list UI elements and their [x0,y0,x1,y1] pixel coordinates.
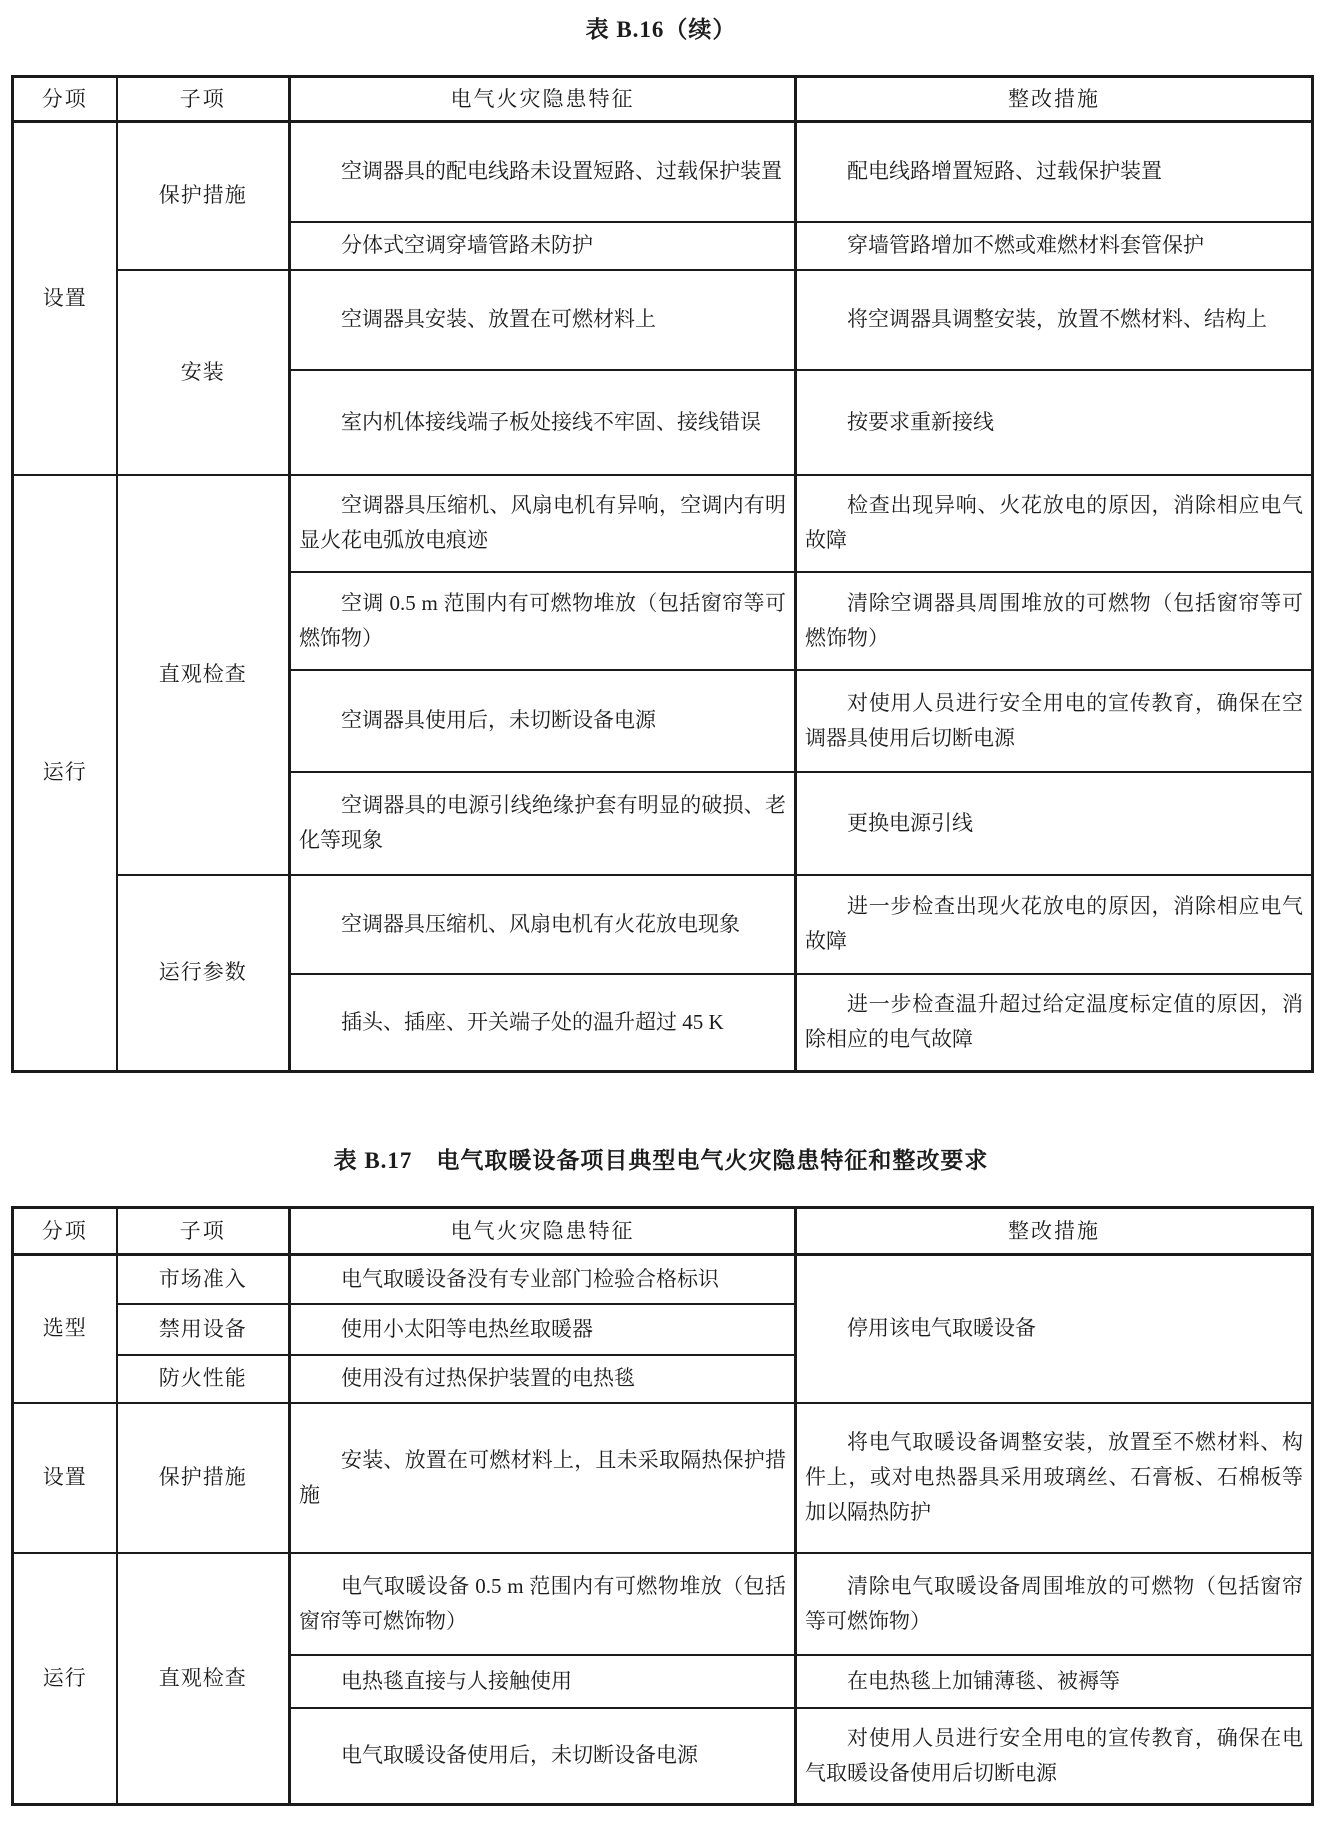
action-cell: 进一步检查出现火花放电的原因，消除相应电气故障 [796,875,1313,974]
subgroup-cell: 保护措施 [117,1403,290,1553]
hazard-cell: 插头、插座、开关端子处的温升超过 45 K [290,974,796,1072]
subgroup-cell: 禁用设备 [117,1304,290,1355]
action-cell: 将空调器具调整安装，放置不燃材料、结构上 [796,270,1313,370]
hazard-cell: 空调器具的配电线路未设置短路、过载保护装置 [290,122,796,222]
header-cell: 子项 [117,1208,290,1255]
action-cell: 停用该电气取暖设备 [796,1255,1313,1403]
action-cell: 清除电气取暖设备周围堆放的可燃物（包括窗帘等可燃饰物） [796,1553,1313,1655]
table-b17-title: 表 B.17 电气取暖设备项目典型电气火灾隐患特征和整改要求 [11,1145,1311,1177]
hazard-cell: 电气取暖设备 0.5 m 范围内有可燃物堆放（包括窗帘等可燃饰物） [290,1553,796,1655]
subgroup-cell: 直观检查 [117,1553,290,1805]
action-cell: 配电线路增置短路、过载保护装置 [796,122,1313,222]
hazard-cell: 安装、放置在可燃材料上，且未采取隔热保护措施 [290,1403,796,1553]
hazard-cell: 分体式空调穿墙管路未防护 [290,222,796,270]
header-cell: 整改措施 [796,77,1313,122]
hazard-cell: 电热毯直接与人接触使用 [290,1655,796,1708]
hazard-cell: 空调器具安装、放置在可燃材料上 [290,270,796,370]
hazard-cell: 空调 0.5 m 范围内有可燃物堆放（包括窗帘等可燃饰物） [290,572,796,670]
hazard-cell: 电气取暖设备使用后，未切断设备电源 [290,1708,796,1805]
group-cell: 运行 [13,1553,117,1805]
table-row: 设置 保护措施 安装、放置在可燃材料上，且未采取隔热保护措施 将电气取暖设备调整… [13,1403,1313,1553]
action-cell: 检查出现异响、火花放电的原因，消除相应电气故障 [796,475,1313,572]
action-cell: 进一步检查温升超过给定温度标定值的原因，消除相应的电气故障 [796,974,1313,1072]
subgroup-cell: 直观检查 [117,475,290,875]
action-cell: 穿墙管路增加不燃或难燃材料套管保护 [796,222,1313,270]
header-cell: 整改措施 [796,1208,1313,1255]
header-cell: 电气火灾隐患特征 [290,77,796,122]
group-cell: 选型 [13,1255,117,1403]
table-b16-title: 表 B.16（续） [11,14,1311,46]
hazard-cell: 空调器具使用后，未切断设备电源 [290,670,796,772]
group-cell: 运行 [13,475,117,1072]
hazard-cell: 使用小太阳等电热丝取暖器 [290,1304,796,1355]
action-cell: 对使用人员进行安全用电的宣传教育，确保在空调器具使用后切断电源 [796,670,1313,772]
table-row: 运行参数 空调器具压缩机、风扇电机有火花放电现象 进一步检查出现火花放电的原因，… [13,875,1313,974]
table-row: 安装 空调器具安装、放置在可燃材料上 将空调器具调整安装，放置不燃材料、结构上 [13,270,1313,370]
table-b17: 分项 子项 电气火灾隐患特征 整改措施 选型 市场准入 电气取暖设备没有专业部门… [11,1206,1314,1806]
action-cell: 更换电源引线 [796,772,1313,875]
table-row: 分项 子项 电气火灾隐患特征 整改措施 [13,1208,1313,1255]
document-page: 表 B.16（续） 分项 子项 电气火灾隐患特征 整改措施 设置 保护措施 空调… [0,0,1322,1829]
hazard-cell: 空调器具的电源引线绝缘护套有明显的破损、老化等现象 [290,772,796,875]
hazard-cell: 室内机体接线端子板处接线不牢固、接线错误 [290,370,796,475]
group-cell: 设置 [13,1403,117,1553]
table-row: 分项 子项 电气火灾隐患特征 整改措施 [13,77,1313,122]
subgroup-cell: 防火性能 [117,1355,290,1403]
subgroup-cell: 市场准入 [117,1255,290,1304]
subgroup-cell: 运行参数 [117,875,290,1072]
hazard-cell: 空调器具压缩机、风扇电机有火花放电现象 [290,875,796,974]
table-row: 运行 直观检查 电气取暖设备 0.5 m 范围内有可燃物堆放（包括窗帘等可燃饰物… [13,1553,1313,1655]
group-cell: 设置 [13,122,117,475]
table-row: 设置 保护措施 空调器具的配电线路未设置短路、过载保护装置 配电线路增置短路、过… [13,122,1313,222]
hazard-cell: 使用没有过热保护装置的电热毯 [290,1355,796,1403]
hazard-cell: 空调器具压缩机、风扇电机有异响，空调内有明显火花电弧放电痕迹 [290,475,796,572]
table-b16: 分项 子项 电气火灾隐患特征 整改措施 设置 保护措施 空调器具的配电线路未设置… [11,75,1314,1073]
action-cell: 将电气取暖设备调整安装，放置至不燃材料、构件上，或对电热器具采用玻璃丝、石膏板、… [796,1403,1313,1553]
header-cell: 电气火灾隐患特征 [290,1208,796,1255]
action-cell: 对使用人员进行安全用电的宣传教育，确保在电气取暖设备使用后切断电源 [796,1708,1313,1805]
table-row: 选型 市场准入 电气取暖设备没有专业部门检验合格标识 停用该电气取暖设备 [13,1255,1313,1304]
action-cell: 清除空调器具周围堆放的可燃物（包括窗帘等可燃饰物） [796,572,1313,670]
action-cell: 在电热毯上加铺薄毯、被褥等 [796,1655,1313,1708]
header-cell: 子项 [117,77,290,122]
action-cell: 按要求重新接线 [796,370,1313,475]
header-cell: 分项 [13,1208,117,1255]
table-row: 运行 直观检查 空调器具压缩机、风扇电机有异响，空调内有明显火花电弧放电痕迹 检… [13,475,1313,572]
hazard-cell: 电气取暖设备没有专业部门检验合格标识 [290,1255,796,1304]
header-cell: 分项 [13,77,117,122]
subgroup-cell: 安装 [117,270,290,475]
subgroup-cell: 保护措施 [117,122,290,270]
